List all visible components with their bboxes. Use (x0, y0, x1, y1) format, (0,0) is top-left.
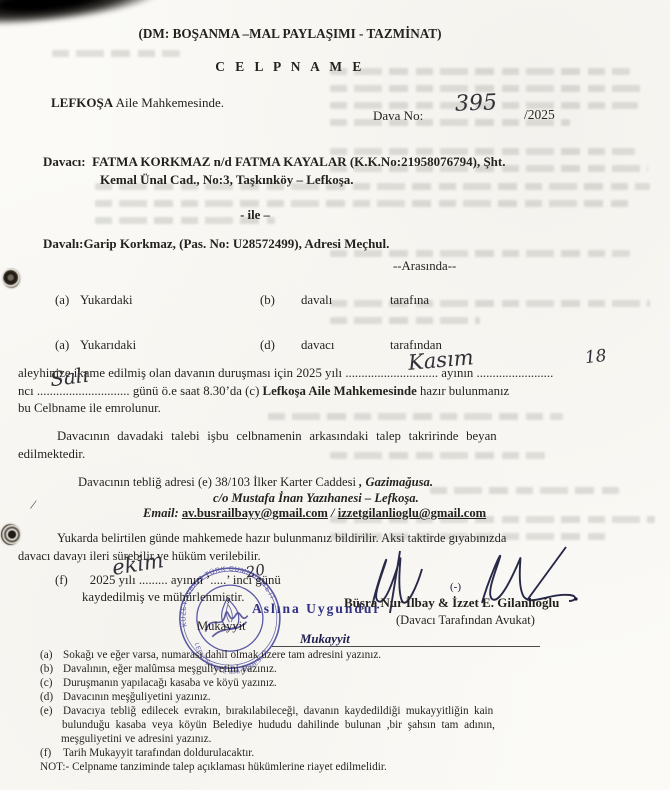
weekday-handwritten: Salı (49, 365, 90, 390)
document-title: C E L P N A M E (60, 59, 520, 74)
case-type-heading: (DM: BOŞANMA –MAL PAYLAŞIMI - TAZMİNAT) (60, 26, 520, 41)
signature-2-prefix: (-) (450, 581, 461, 594)
attorney-names: Büşra Nur İlbay & İzzet E. Gilanlıoğlu (344, 596, 559, 611)
footnote: (a)Sokağı ve eğer varsa, numarası dahil … (40, 649, 381, 662)
binder-hole (1, 524, 20, 545)
signature-rule (272, 646, 540, 647)
bleed-through-text (330, 250, 640, 267)
claim-note-line-1: Davacının davadaki talebi işbu celbnamen… (57, 429, 497, 444)
summons-line-2: ncı ............................. günü ö… (18, 384, 509, 399)
case-number-year: /2025 (524, 107, 555, 123)
bleed-through-text (268, 413, 568, 430)
service-address-line-1: Davacının tebliğ adresi (e) 38/103 İlker… (78, 475, 433, 489)
mukayyit-signature-label: Mukayyit (300, 632, 350, 647)
email-line: Email: av.busrailbayy@gmail.com / izzetg… (143, 506, 486, 520)
binder-hole (3, 269, 20, 288)
plaintiff-line: Davacı: FATMA KORKMAZ n/d FATMA KAYALAR … (43, 155, 505, 170)
footnote-continuation: bulunduğu kasaba veya köyün Belediye hud… (62, 719, 495, 732)
attorney-role: (Davacı Tarafından Avukat) (396, 613, 535, 627)
email-address: izzetgilanlioglu@gmail.com (338, 506, 486, 520)
case-number-handwritten: 395 (455, 92, 498, 115)
plaintiff-address: Kemal Ünal Cad., No:3, Taşkınköy – Lefko… (100, 173, 354, 188)
bleed-through-text (430, 487, 630, 504)
day-handwritten: 18 (584, 348, 607, 367)
arasinda-label: --Arasında-- (393, 259, 456, 274)
bleed-through-text (330, 300, 655, 334)
summons-line-3: bu Celbname ile emrolunur. (18, 401, 161, 416)
pen-tick-mark: / (29, 498, 38, 515)
service-address-line-2: c/o Mustafa İnan Yazıhanesi – Lefkoşa. (213, 491, 419, 505)
claim-note-line-2: edilmektedir. (18, 447, 85, 462)
month-handwritten: Kasım (407, 347, 474, 374)
footnote: (f)Tarih Mukayyit tarafından doldurulaca… (40, 747, 254, 760)
ile-separator: - ile – (0, 208, 510, 223)
footnote: (c)Duruşmanın yapılacağı kasaba ve köyü … (40, 677, 277, 690)
footnote: (b)Davalının, eğer malûmsa meşguliyetini… (40, 663, 277, 676)
scanned-court-summons-page: / (DM: BOŞANMA –MAL PAYLAŞIMI - TAZMİNAT… (0, 0, 670, 790)
dotted-blank: ........................ (477, 366, 554, 380)
registrar-signature-scribble (203, 609, 250, 638)
bleed-through-text (330, 452, 550, 469)
case-number-label: Dava No: (373, 109, 423, 124)
footnote: (d)Davacının meşğuliyetini yazınız. (40, 691, 211, 704)
bottom-note: NOT:- Celpname tanziminde talep açıklama… (40, 761, 387, 774)
footnote-continuation: meşguliyetini ve adresini yazınız. (61, 733, 211, 746)
footnote: (e)Davacıya tebliğ edilecek evrakın, bır… (40, 705, 493, 718)
email-address: av.busrailbayy@gmail.com (182, 506, 328, 520)
defendant-line: Davalı:Garip Korkmaz, (Pas. No: U2857249… (43, 237, 389, 252)
court-line: LEFKOŞA Aile Mahkemesinde. (51, 96, 224, 111)
